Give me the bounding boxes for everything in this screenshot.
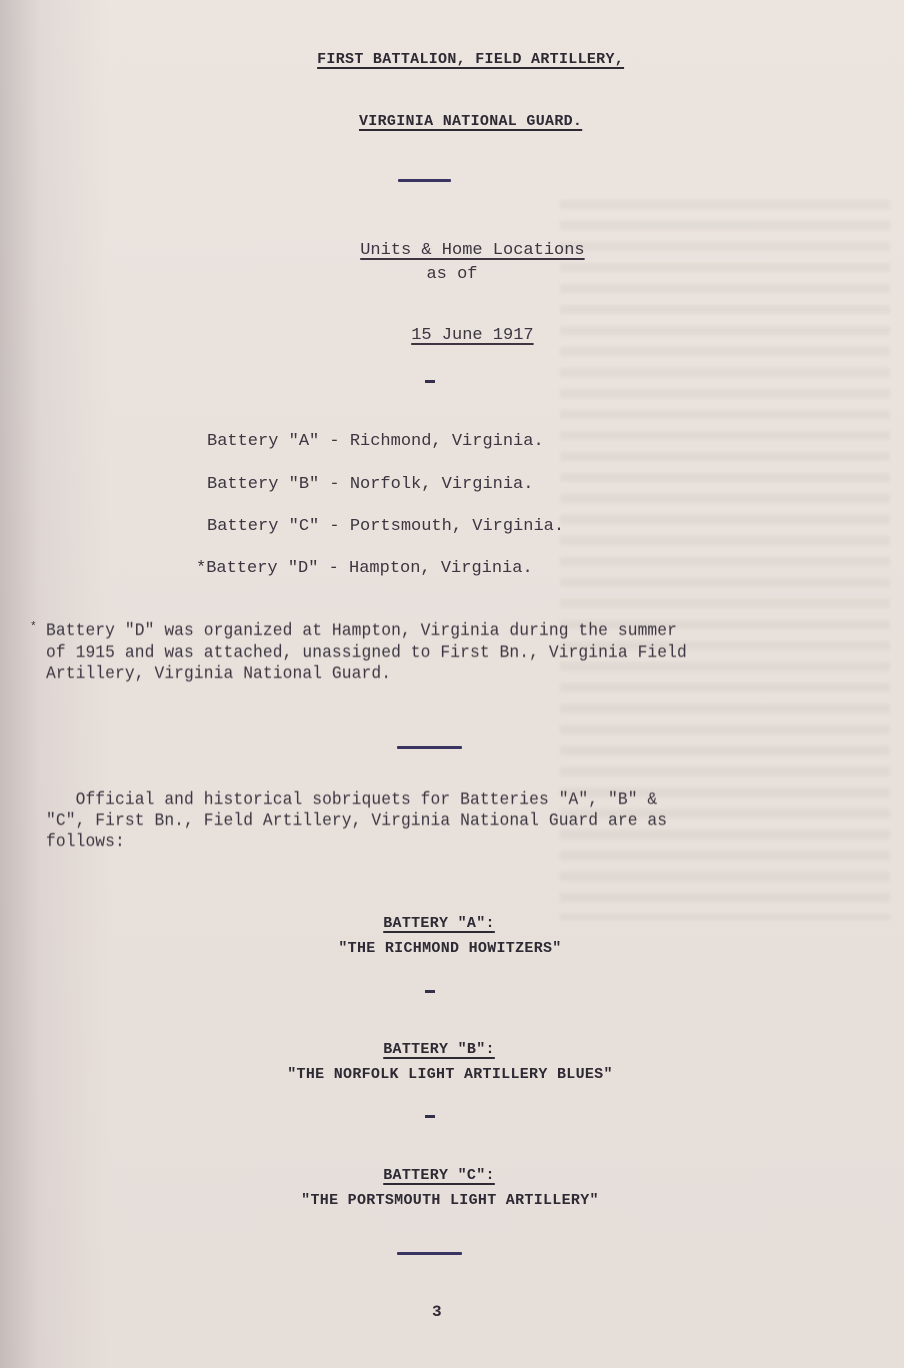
- title-line-2-text: VIRGINIA NATIONAL GUARD.: [359, 113, 582, 130]
- sobriquets-intro-line-1: Official and historical sobriquets for B…: [46, 790, 657, 810]
- sobriquets-intro-line-3: follows:: [46, 832, 125, 852]
- dash-divider-b: [425, 1115, 435, 1118]
- dash-divider: [425, 380, 435, 383]
- title-line-2: VIRGINIA NATIONAL GUARD.: [0, 96, 904, 147]
- page-number: 3: [432, 1303, 442, 1321]
- dash-divider-a: [425, 990, 435, 993]
- footnote-marker: *: [30, 620, 37, 634]
- footnote-line-2: of 1915 and was attached, unassigned to …: [46, 643, 687, 663]
- subtitle-date: 15 June 1917: [0, 307, 904, 364]
- section-divider-3: [397, 1252, 462, 1255]
- subtitle-date-text: 15 June 1917: [411, 326, 533, 345]
- sobriquet-a-battery-text: BATTERY "A":: [383, 915, 495, 932]
- section-divider-2: [397, 746, 462, 749]
- sobriquet-c-name: "THE PORTSMOUTH LIGHT ARTILLERY": [0, 1192, 902, 1209]
- battery-item-c: Battery "C" - Portsmouth, Virginia.: [207, 517, 564, 536]
- footnote-line-1: Battery "D" was organized at Hampton, Vi…: [46, 621, 677, 641]
- sobriquet-c-battery-text: BATTERY "C":: [383, 1167, 495, 1184]
- section-divider: [398, 179, 451, 182]
- subtitle-heading-text: Units & Home Locations: [360, 241, 584, 260]
- sobriquet-b-battery-text: BATTERY "B":: [383, 1041, 495, 1058]
- sobriquet-a-name: "THE RICHMOND HOWITZERS": [0, 940, 902, 957]
- footnote-line-3: Artillery, Virginia National Guard.: [46, 664, 391, 684]
- battery-item-d: *Battery "D" - Hampton, Virginia.: [196, 559, 533, 578]
- battery-item-a: Battery "A" - Richmond, Virginia.: [207, 432, 544, 451]
- document-page: FIRST BATTALION, FIELD ARTILLERY, VIRGIN…: [0, 0, 904, 1368]
- title-line-1-text: FIRST BATTALION, FIELD ARTILLERY,: [317, 51, 624, 68]
- subtitle-as-of: as of: [0, 265, 904, 284]
- sobriquets-intro-line-2: "C", First Bn., Field Artillery, Virgini…: [46, 811, 667, 831]
- battery-item-b: Battery "B" - Norfolk, Virginia.: [207, 475, 533, 494]
- sobriquet-b-name: "THE NORFOLK LIGHT ARTILLERY BLUES": [0, 1066, 902, 1083]
- title-line-1: FIRST BATTALION, FIELD ARTILLERY,: [0, 34, 904, 85]
